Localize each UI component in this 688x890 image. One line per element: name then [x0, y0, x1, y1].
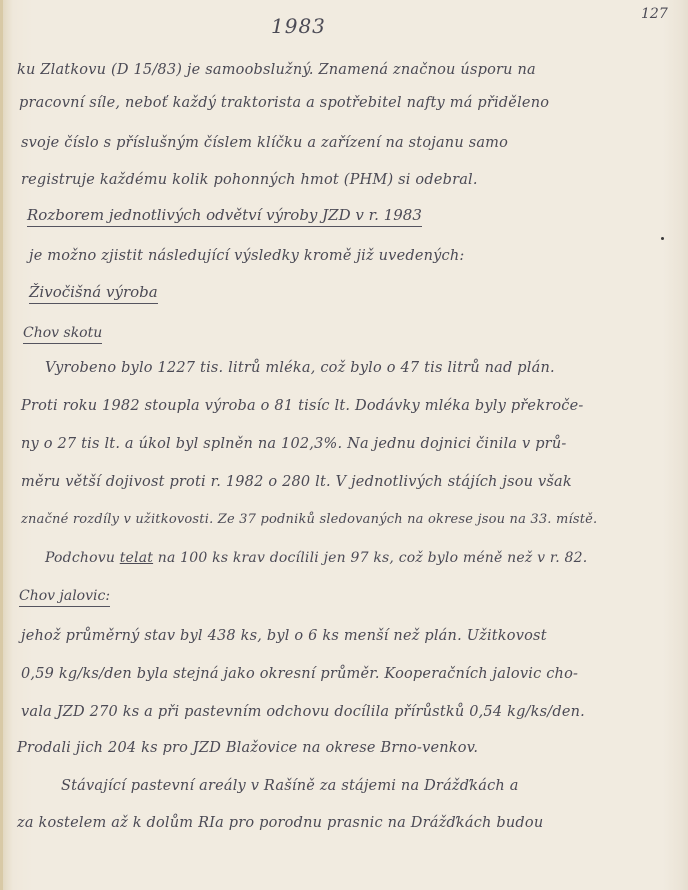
text-line-4: registruje každému kolik pohonných hmot …	[21, 172, 478, 188]
text-line-12: jehož průměrný stav byl 438 ks, byl o 6 …	[21, 628, 547, 644]
text-line-7: Proti roku 1982 stoupla výroba o 81 tisí…	[21, 398, 583, 414]
text-line-11-suffix: na 100 ks krav docílili jen 97 ks, což b…	[153, 550, 587, 566]
text-line-5: je možno zjistit následující výsledky kr…	[29, 248, 465, 264]
text-line-17: za kostelem až k dolům RIa pro porodnu p…	[17, 815, 543, 831]
section-heading-heifers: Chov jalovic:	[19, 588, 110, 607]
section-heading-livestock: Živočišná výroba	[29, 283, 158, 304]
section-heading-cattle: Chov skotu	[23, 325, 102, 344]
text-line-8: ny o 27 tis lt. a úkol byl splněn na 102…	[21, 436, 566, 452]
page-number: 127	[641, 6, 668, 22]
text-line-1: ku Zlatkovu (D 15/83) je samoobslužný. Z…	[17, 62, 536, 78]
text-line-10: značné rozdíly v užitkovosti. Ze 37 podn…	[21, 512, 597, 527]
underlined-word-calves: telat	[120, 550, 153, 566]
text-line-9: měru větší dojivost proti r. 1982 o 280 …	[21, 474, 572, 490]
text-line-11: Podchovu telat na 100 ks krav docílili j…	[45, 550, 587, 566]
section-heading-analysis: Rozborem jednotlivých odvětví výroby JZD…	[27, 206, 422, 227]
text-line-15: Prodali jich 204 ks pro JZD Blažovice na…	[17, 740, 478, 756]
text-line-6: Vyrobeno bylo 1227 tis. litrů mléka, což…	[45, 360, 555, 376]
ink-dot	[661, 237, 664, 240]
text-line-2: pracovní síle, neboť každý traktorista a…	[19, 95, 549, 111]
text-line-13: 0,59 kg/ks/den byla stejná jako okresní …	[21, 666, 578, 682]
text-line-3: svoje číslo s příslušným číslem klíčku a…	[21, 135, 508, 151]
text-line-14: vala JZD 270 ks a při pastevním odchovu …	[21, 704, 585, 720]
text-line-11-prefix: Podchovu	[45, 550, 120, 566]
text-line-16: Stávající pastevní areály v Rašíně za st…	[61, 778, 519, 794]
year-heading: 1983	[271, 14, 326, 38]
chronicle-page: 1983 127 ku Zlatkovu (D 15/83) je samoob…	[0, 0, 688, 890]
